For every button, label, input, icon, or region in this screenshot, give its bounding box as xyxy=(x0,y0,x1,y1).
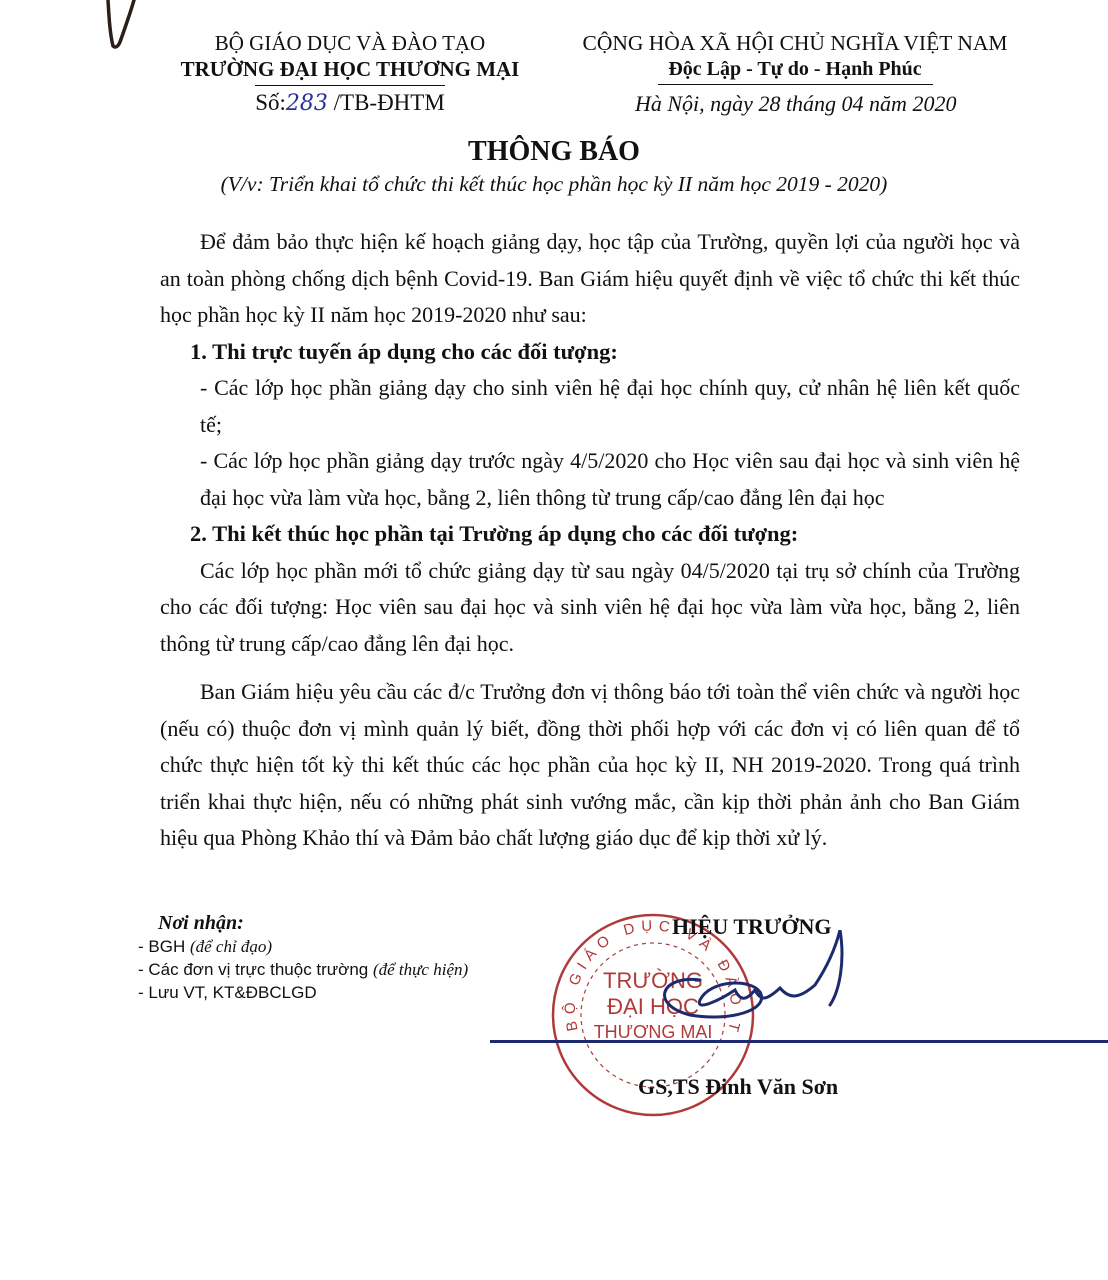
school-name: TRƯỜNG ĐẠI HỌC THƯƠNG MẠI xyxy=(160,56,540,82)
section-2-paragraph: Các lớp học phần mới tổ chức giảng dạy t… xyxy=(160,553,1020,663)
recipient-item: - Lưu VT, KT&ĐBCLGD xyxy=(138,981,538,1004)
doc-number-prefix: Số: xyxy=(255,90,286,115)
intro-paragraph: Để đảm bảo thực hiện kế hoạch giảng dạy,… xyxy=(160,224,1020,334)
doc-number-handwritten: 283 xyxy=(286,91,328,116)
section-1-item: - Các lớp học phần giảng dạy trước ngày … xyxy=(160,443,1020,516)
section-2-heading: 2. Thi kết thúc học phần tại Trường áp d… xyxy=(160,516,1020,553)
signature-underline xyxy=(490,1040,1108,1043)
nation-name: CỘNG HÒA XÃ HỘI CHỦ NGHĨA VIỆT NAM xyxy=(555,30,1035,56)
document-subject: (V/v: Triển khai tổ chức thi kết thúc họ… xyxy=(0,172,1108,197)
signer-name: GS,TS Đinh Văn Sơn xyxy=(638,1074,838,1100)
recipients-block: Nơi nhận: - BGH (để chỉ đạo) - Các đơn v… xyxy=(138,912,538,1004)
recipient-item: - Các đơn vị trực thuộc trường (để thực … xyxy=(138,958,538,981)
issuer-header: BỘ GIÁO DỤC VÀ ĐÀO TẠO TRƯỜNG ĐẠI HỌC TH… xyxy=(160,30,540,116)
national-motto: Độc Lập - Tự do - Hạnh Phúc xyxy=(668,56,921,82)
ministry-name: BỘ GIÁO DỤC VÀ ĐÀO TẠO xyxy=(160,30,540,56)
motto-divider xyxy=(658,84,933,85)
closing-paragraph: Ban Giám hiệu yêu cầu các đ/c Trưởng đơn… xyxy=(160,674,1020,857)
national-header: CỘNG HÒA XÃ HỘI CHỦ NGHĨA VIỆT NAM Độc L… xyxy=(555,30,1035,117)
document-number: Số:283 /TB-ĐHTM xyxy=(160,90,540,116)
signature-scribble-icon xyxy=(640,930,870,1040)
recipients-label: Nơi nhận: xyxy=(138,912,538,935)
section-1-item: - Các lớp học phần giảng dạy cho sinh vi… xyxy=(160,370,1020,443)
recipient-item: - BGH (để chỉ đạo) xyxy=(138,935,538,958)
paragraph-spacer xyxy=(160,662,1020,674)
doc-number-suffix: /TB-ĐHTM xyxy=(328,90,445,115)
issue-date: Hà Nội, ngày 28 tháng 04 năm 2020 xyxy=(555,91,1035,117)
section-1-heading: 1. Thi trực tuyến áp dụng cho các đối tư… xyxy=(160,334,1020,371)
document-body: Để đảm bảo thực hiện kế hoạch giảng dạy,… xyxy=(160,224,1020,857)
handwritten-mark-icon xyxy=(100,0,140,50)
header-divider xyxy=(255,85,445,86)
document-title: THÔNG BÁO xyxy=(0,136,1108,168)
